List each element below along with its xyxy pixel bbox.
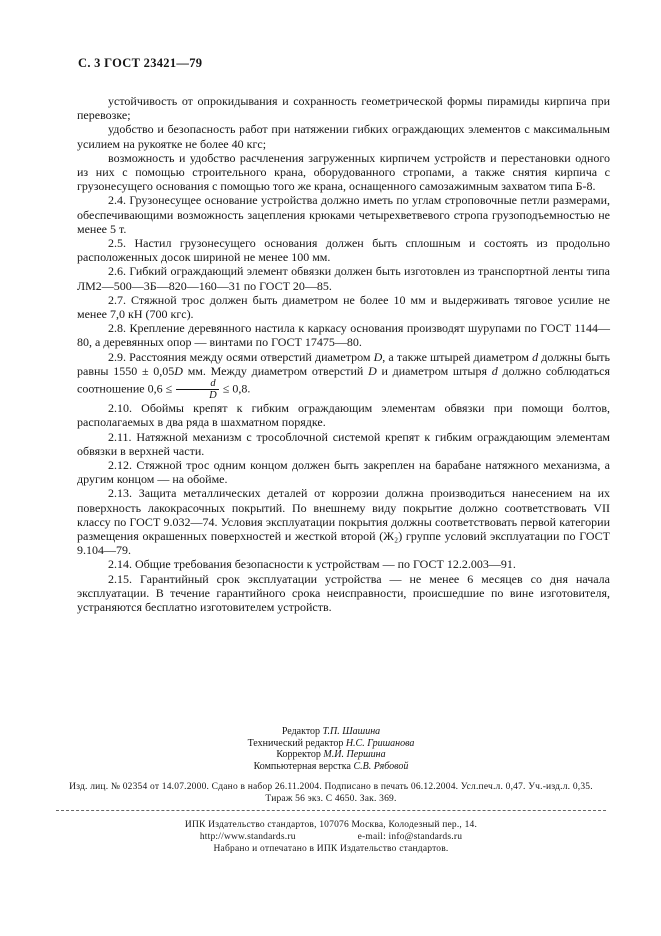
colophon-role: Технический редактор xyxy=(248,738,344,749)
publisher-url: http://www.standards.ru xyxy=(200,831,296,843)
page-header: С. 3 ГОСТ 23421—79 xyxy=(78,56,202,71)
paragraph: возможность и удобство расчленения загру… xyxy=(77,151,610,194)
colophon-name: Т.П. Шашина xyxy=(323,726,381,737)
paragraph: 2.4. Грузонесущее основание устройства д… xyxy=(77,193,610,236)
paragraph: 2.13. Защита металлических деталей от ко… xyxy=(77,486,610,557)
paragraph: 2.15. Гарантийный срок эксплуатации устр… xyxy=(77,572,610,615)
paragraph: 2.6. Гибкий ограждающий элемент обвязки … xyxy=(77,264,610,292)
paragraph: 2.10. Обоймы крепят к гибким ограждающим… xyxy=(77,401,610,429)
colophon-role: Корректор xyxy=(276,749,321,760)
publisher-contacts: http://www.standards.ru e-mail: info@sta… xyxy=(56,831,606,843)
publisher-address: ИПК Издательство стандартов, 107076 Моск… xyxy=(56,819,606,831)
formula-paragraph: 2.9. Расстояния между осями отверстий ди… xyxy=(77,350,610,401)
imprint-line-1: Изд. лиц. № 02354 от 14.07.2000. Сдано в… xyxy=(56,781,606,793)
colophon-name: С.В. Рябовой xyxy=(353,761,408,772)
colophon-line: Редактор Т.П. Шашина xyxy=(56,726,606,738)
paragraph: 2.5. Настил грузонесущего основания долж… xyxy=(77,236,610,264)
document-page: С. 3 ГОСТ 23421—79 устойчивость от опрок… xyxy=(0,0,661,936)
colophon: Редактор Т.П. Шашина Технический редакто… xyxy=(56,726,606,772)
fraction: dD xyxy=(176,378,219,401)
paragraph: 2.7. Стяжной трос должен быть диаметром … xyxy=(77,293,610,321)
page-footer: Редактор Т.П. Шашина Технический редакто… xyxy=(56,726,606,855)
publisher-block: ИПК Издательство стандартов, 107076 Моск… xyxy=(56,819,606,855)
colophon-role: Компьютерная верстка xyxy=(254,761,351,772)
colophon-line: Корректор М.И. Першина xyxy=(56,749,606,761)
document-body: устойчивость от опрокидывания и сохранно… xyxy=(77,94,610,614)
imprint-line-2: Тираж 56 экз. С 4650. Зак. 369. xyxy=(56,793,606,805)
publisher-printed-note: Набрано и отпечатано в ИПК Издательство … xyxy=(56,843,606,855)
imprint-block: Изд. лиц. № 02354 от 14.07.2000. Сдано в… xyxy=(56,781,606,805)
colophon-role: Редактор xyxy=(282,726,320,737)
paragraph: 2.11. Натяжной механизм с трособлочной с… xyxy=(77,430,610,458)
publisher-email: e-mail: info@standards.ru xyxy=(358,831,463,843)
colophon-line: Технический редактор Н.С. Гришанова xyxy=(56,738,606,750)
paragraph: 2.14. Общие требования безопасности к ус… xyxy=(77,557,610,571)
paragraph: 2.8. Крепление деревянного настила к кар… xyxy=(77,321,610,349)
colophon-name: М.И. Першина xyxy=(323,749,385,760)
paragraph: удобство и безопасность работ при натяже… xyxy=(77,122,610,150)
colophon-line: Компьютерная верстка С.В. Рябовой xyxy=(56,761,606,773)
paragraph: устойчивость от опрокидывания и сохранно… xyxy=(77,94,610,122)
dashed-divider xyxy=(56,810,606,811)
paragraph: 2.12. Стяжной трос одним концом должен б… xyxy=(77,458,610,486)
colophon-name: Н.С. Гришанова xyxy=(346,738,415,749)
